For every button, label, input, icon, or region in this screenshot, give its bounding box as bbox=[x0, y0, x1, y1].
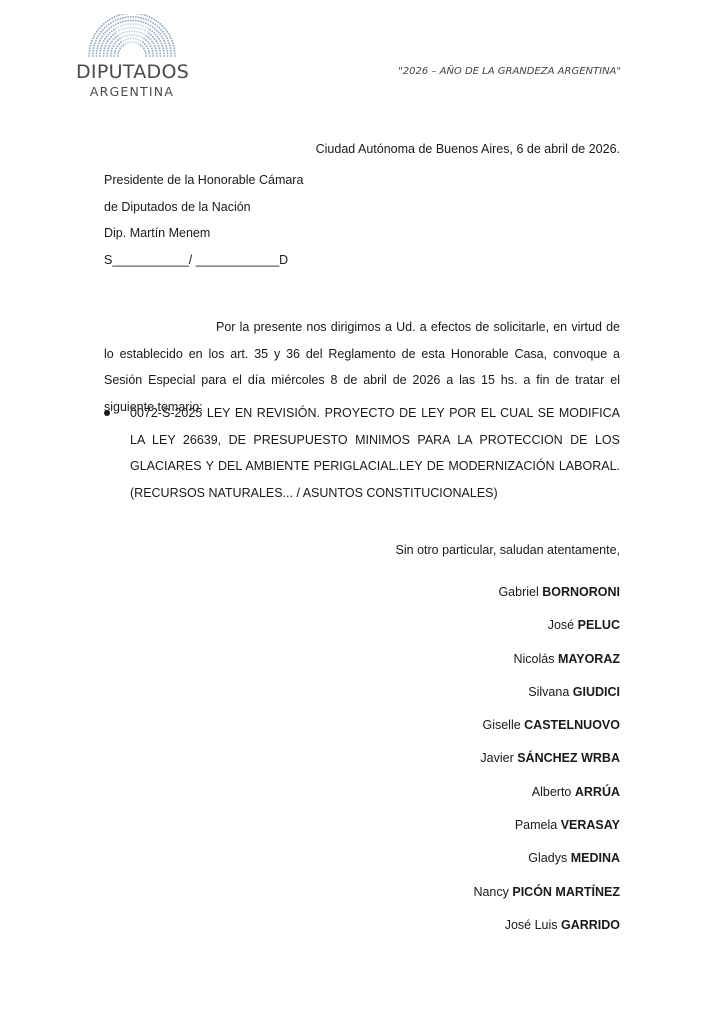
signer-name: Alberto ARRÚA bbox=[473, 776, 620, 809]
chamber-seats-icon bbox=[84, 14, 180, 58]
signer-name: José PELUC bbox=[473, 609, 620, 642]
addressee-line: S___________/ ____________D bbox=[104, 247, 303, 274]
signer-first-name: Giselle bbox=[482, 718, 524, 732]
signer-name: Gladys MEDINA bbox=[473, 842, 620, 875]
signer-first-name: Javier bbox=[480, 751, 517, 765]
signer-first-name: Nancy bbox=[473, 885, 512, 899]
signer-last-name: MEDINA bbox=[571, 851, 620, 865]
agenda-item-text: 0072-S-2025 LEY EN REVISIÓN. PROYECTO DE… bbox=[130, 406, 620, 500]
place-date: Ciudad Autónoma de Buenos Aires, 6 de ab… bbox=[316, 136, 620, 163]
signer-last-name: SÁNCHEZ WRBA bbox=[517, 751, 620, 765]
signer-name: José Luis GARRIDO bbox=[473, 909, 620, 942]
signer-first-name: José Luis bbox=[505, 918, 561, 932]
bullet-icon bbox=[104, 410, 110, 416]
addressee-line: Presidente de la Honorable Cámara bbox=[104, 167, 303, 194]
signer-first-name: Gladys bbox=[528, 851, 570, 865]
signer-name: Javier SÁNCHEZ WRBA bbox=[473, 742, 620, 775]
signer-first-name: José bbox=[548, 618, 578, 632]
addressee-line: Dip. Martín Menem bbox=[104, 220, 303, 247]
signer-last-name: BORNORONI bbox=[542, 585, 620, 599]
signer-name: Gabriel BORNORONI bbox=[473, 576, 620, 609]
signer-last-name: VERASAY bbox=[561, 818, 620, 832]
signer-first-name: Nicolás bbox=[513, 652, 557, 666]
logo-subtitle: ARGENTINA bbox=[76, 84, 188, 100]
addressee-line: de Diputados de la Nación bbox=[104, 194, 303, 221]
signers-list: Gabriel BORNORONIJosé PELUCNicolás MAYOR… bbox=[473, 576, 620, 942]
signer-name: Pamela VERASAY bbox=[473, 809, 620, 842]
signer-first-name: Gabriel bbox=[498, 585, 542, 599]
addressee-block: Presidente de la Honorable Cámara de Dip… bbox=[104, 167, 303, 274]
signer-last-name: PICÓN MARTÍNEZ bbox=[512, 885, 620, 899]
signer-last-name: ARRÚA bbox=[575, 785, 620, 799]
signer-last-name: GARRIDO bbox=[561, 918, 620, 932]
closing-line: Sin otro particular, saludan atentamente… bbox=[396, 537, 620, 564]
diputados-logo: DIPUTADOS ARGENTINA bbox=[76, 14, 188, 100]
signer-name: Nicolás MAYORAZ bbox=[473, 643, 620, 676]
signer-name: Giselle CASTELNUOVO bbox=[473, 709, 620, 742]
logo-title: DIPUTADOS bbox=[76, 62, 188, 82]
agenda-item: 0072-S-2025 LEY EN REVISIÓN. PROYECTO DE… bbox=[104, 400, 620, 507]
signer-name: Silvana GIUDICI bbox=[473, 676, 620, 709]
signer-last-name: MAYORAZ bbox=[558, 652, 620, 666]
signer-first-name: Silvana bbox=[528, 685, 572, 699]
signer-last-name: CASTELNUOVO bbox=[524, 718, 620, 732]
signer-first-name: Alberto bbox=[532, 785, 575, 799]
year-motto: "2026 – AÑO DE LA GRANDEZA ARGENTINA" bbox=[398, 66, 621, 77]
signer-name: Nancy PICÓN MARTÍNEZ bbox=[473, 876, 620, 909]
signer-last-name: PELUC bbox=[578, 618, 620, 632]
signer-first-name: Pamela bbox=[515, 818, 561, 832]
agenda-list: 0072-S-2025 LEY EN REVISIÓN. PROYECTO DE… bbox=[104, 400, 620, 507]
signer-last-name: GIUDICI bbox=[573, 685, 620, 699]
